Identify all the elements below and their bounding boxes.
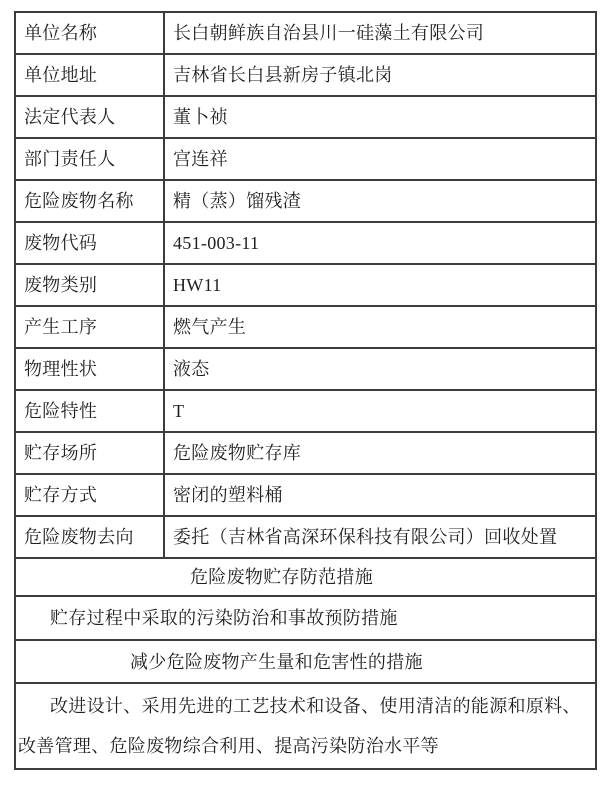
measures-paragraph-line1: 改进设计、采用先进的工艺技术和设备、使用清洁的能源和原料、 [18, 686, 593, 726]
field-label: 危险废物去向 [15, 516, 164, 558]
section-title: 减少危险废物产生量和危害性的措施 [15, 640, 596, 683]
table-row-storage-method: 贮存方式 密闭的塑料桶 [15, 474, 596, 516]
field-label: 危险废物名称 [15, 180, 164, 222]
field-value: 宫连祥 [164, 138, 596, 180]
field-label: 单位地址 [15, 54, 164, 96]
field-label: 贮存场所 [15, 432, 164, 474]
field-value: T [164, 390, 596, 432]
field-value: 液态 [164, 348, 596, 390]
section-title: 贮存过程中采取的污染防治和事故预防措施 [15, 596, 596, 640]
section-row-reduction-measures: 减少危险废物产生量和危害性的措施 [15, 640, 596, 683]
field-label: 废物类别 [15, 264, 164, 306]
field-value: 吉林省长白县新房子镇北岗 [164, 54, 596, 96]
waste-registration-table: 单位名称 长白朝鲜族自治县川一硅藻土有限公司 单位地址 吉林省长白县新房子镇北岗… [14, 11, 597, 770]
table-row-waste-category: 废物类别 HW11 [15, 264, 596, 306]
table-row-unit-name: 单位名称 长白朝鲜族自治县川一硅藻土有限公司 [15, 12, 596, 54]
table-row-production-process: 产生工序 燃气产生 [15, 306, 596, 348]
table-row-hazardous-waste-name: 危险废物名称 精（蒸）馏残渣 [15, 180, 596, 222]
field-label: 废物代码 [15, 222, 164, 264]
table-row-waste-destination: 危险废物去向 委托（吉林省高深环保科技有限公司）回收处置 [15, 516, 596, 558]
measures-paragraph-row: 改进设计、采用先进的工艺技术和设备、使用清洁的能源和原料、 改善管理、危险废物综… [15, 683, 596, 769]
field-label: 单位名称 [15, 12, 164, 54]
field-value: 危险废物贮存库 [164, 432, 596, 474]
field-label: 物理性状 [15, 348, 164, 390]
field-label: 部门责任人 [15, 138, 164, 180]
table-row-physical-state: 物理性状 液态 [15, 348, 596, 390]
field-label: 产生工序 [15, 306, 164, 348]
field-value: 精（蒸）馏残渣 [164, 180, 596, 222]
field-value: 委托（吉林省高深环保科技有限公司）回收处置 [164, 516, 596, 558]
field-label: 法定代表人 [15, 96, 164, 138]
table-row-department-head: 部门责任人 宫连祥 [15, 138, 596, 180]
table-row-hazard-characteristic: 危险特性 T [15, 390, 596, 432]
field-value: 长白朝鲜族自治县川一硅藻土有限公司 [164, 12, 596, 54]
table-row-legal-representative: 法定代表人 董卜祯 [15, 96, 596, 138]
table-row-waste-code: 废物代码 451-003-11 [15, 222, 596, 264]
field-value: HW11 [164, 264, 596, 306]
field-value: 董卜祯 [164, 96, 596, 138]
table-row-storage-place: 贮存场所 危险废物贮存库 [15, 432, 596, 474]
field-label: 贮存方式 [15, 474, 164, 516]
field-value: 密闭的塑料桶 [164, 474, 596, 516]
section-row-storage-precautions: 危险废物贮存防范措施 [15, 558, 596, 596]
field-label: 危险特性 [15, 390, 164, 432]
measures-paragraph-line2: 改善管理、危险废物综合利用、提高污染防治水平等 [18, 726, 593, 766]
field-value: 燃气产生 [164, 306, 596, 348]
section-row-pollution-prevention: 贮存过程中采取的污染防治和事故预防措施 [15, 596, 596, 640]
section-title: 危险废物贮存防范措施 [15, 558, 596, 596]
table-row-unit-address: 单位地址 吉林省长白县新房子镇北岗 [15, 54, 596, 96]
field-value: 451-003-11 [164, 222, 596, 264]
measures-paragraph-cell: 改进设计、采用先进的工艺技术和设备、使用清洁的能源和原料、 改善管理、危险废物综… [15, 683, 596, 769]
